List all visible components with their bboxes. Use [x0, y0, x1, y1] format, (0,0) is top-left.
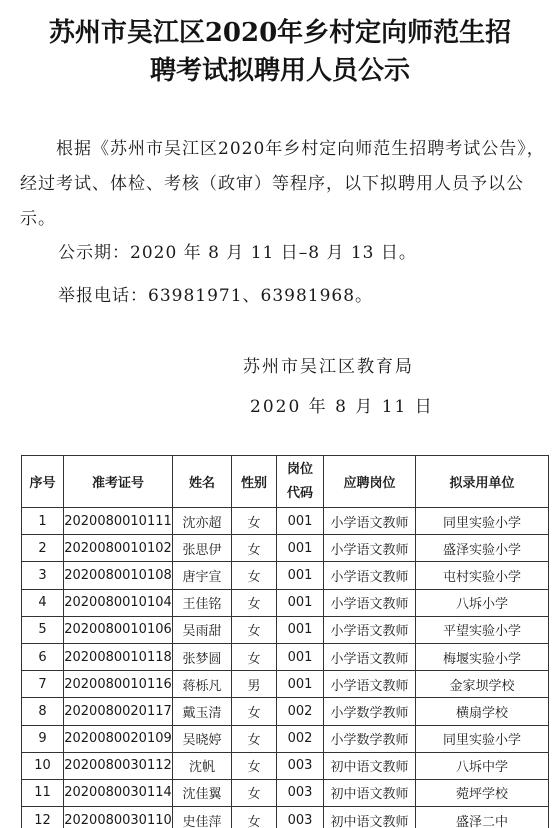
table-row: 3 2020080010108 唐宇宣 女 001 小学语文教师 屯村实验小学 — [22, 562, 549, 589]
header-unit: 拟录用单位 — [416, 456, 549, 508]
cell-post-code: 001 — [277, 589, 324, 616]
cell-seq: 6 — [22, 643, 64, 670]
table-row: 6 2020080010118 张梦圆 女 001 小学语文教师 梅堰实验小学 — [22, 643, 549, 670]
table-row: 5 2020080010106 吴雨甜 女 001 小学语文教师 平望实验小学 — [22, 616, 549, 643]
cell-unit: 平望实验小学 — [416, 616, 549, 643]
cell-position: 初中语文教师 — [324, 807, 416, 828]
cell-seq: 1 — [22, 508, 64, 535]
cell-seq: 10 — [22, 752, 64, 779]
cell-seq: 8 — [22, 698, 64, 725]
cell-position: 小学语文教师 — [324, 562, 416, 589]
cell-seq: 3 — [22, 562, 64, 589]
cell-post-code: 001 — [277, 508, 324, 535]
cell-name: 蒋栎凡 — [173, 671, 232, 698]
cell-name: 王佳铭 — [173, 589, 232, 616]
cell-position: 小学语文教师 — [324, 535, 416, 562]
cell-gender: 女 — [232, 508, 277, 535]
cell-position: 小学语文教师 — [324, 616, 416, 643]
cell-seq: 4 — [22, 589, 64, 616]
header-exam-id: 准考证号 — [64, 456, 173, 508]
cell-name: 沈佳翼 — [173, 779, 232, 806]
cell-exam-id: 2020080010104 — [64, 589, 173, 616]
cell-post-code: 002 — [277, 698, 324, 725]
cell-unit: 八坼小学 — [416, 589, 549, 616]
cell-position: 小学数学教师 — [324, 698, 416, 725]
cell-unit: 八坼中学 — [416, 752, 549, 779]
cell-unit: 梅堰实验小学 — [416, 643, 549, 670]
cell-exam-id: 2020080010102 — [64, 535, 173, 562]
cell-gender: 女 — [232, 807, 277, 828]
cell-position: 小学语文教师 — [324, 643, 416, 670]
cell-position: 初中语文教师 — [324, 779, 416, 806]
header-seq: 序号 — [22, 456, 64, 508]
header-post-code-line1: 岗位 — [277, 458, 323, 482]
cell-name: 吴晓婷 — [173, 725, 232, 752]
header-post-code-line2: 代码 — [277, 482, 323, 506]
table-row: 10 2020080030112 沈帆 女 003 初中语文教师 八坼中学 — [22, 752, 549, 779]
issue-date: 2020 年 8 月 11 日 — [250, 392, 434, 417]
cell-gender: 女 — [232, 779, 277, 806]
cell-unit: 盛泽二中 — [416, 807, 549, 828]
cell-exam-id: 2020080030112 — [64, 752, 173, 779]
table-row: 9 2020080020109 吴晓婷 女 002 小学数学教师 同里实验小学 — [22, 725, 549, 752]
cell-name: 沈帆 — [173, 752, 232, 779]
table-header-row: 序号 准考证号 姓名 性别 岗位 代码 应聘岗位 拟录用单位 — [22, 456, 549, 508]
cell-seq: 7 — [22, 671, 64, 698]
table-row: 1 2020080010111 沈亦超 女 001 小学语文教师 同里实验小学 — [22, 508, 549, 535]
cell-post-code: 001 — [277, 616, 324, 643]
cell-name: 戴玉清 — [173, 698, 232, 725]
cell-exam-id: 2020080010108 — [64, 562, 173, 589]
cell-name: 张梦圆 — [173, 643, 232, 670]
body-paragraph: 根据《苏州市吴江区2020年乡村定向师范生招聘考试公告》，经过考试、体检、考核（… — [20, 132, 545, 237]
cell-post-code: 001 — [277, 671, 324, 698]
cell-post-code: 001 — [277, 562, 324, 589]
table-row: 4 2020080010104 王佳铭 女 001 小学语文教师 八坼小学 — [22, 589, 549, 616]
cell-name: 吴雨甜 — [173, 616, 232, 643]
cell-seq: 2 — [22, 535, 64, 562]
cell-post-code: 003 — [277, 752, 324, 779]
cell-post-code: 003 — [277, 779, 324, 806]
cell-seq: 11 — [22, 779, 64, 806]
cell-exam-id: 2020080030110 — [64, 807, 173, 828]
cell-exam-id: 2020080010116 — [64, 671, 173, 698]
table-row: 11 2020080030114 沈佳翼 女 003 初中语文教师 菀坪学校 — [22, 779, 549, 806]
cell-gender: 女 — [232, 698, 277, 725]
cell-position: 小学语文教师 — [324, 671, 416, 698]
cell-gender: 女 — [232, 589, 277, 616]
header-name: 姓名 — [173, 456, 232, 508]
cell-unit: 同里实验小学 — [416, 508, 549, 535]
table-row: 8 2020080020117 戴玉清 女 002 小学数学教师 横扇学校 — [22, 698, 549, 725]
header-gender: 性别 — [232, 456, 277, 508]
document-title-line1: 苏州市吴江区2020年乡村定向师范生招 — [0, 12, 560, 49]
cell-unit: 同里实验小学 — [416, 725, 549, 752]
cell-position: 初中语文教师 — [324, 752, 416, 779]
cell-gender: 女 — [232, 535, 277, 562]
cell-exam-id: 2020080010106 — [64, 616, 173, 643]
cell-exam-id: 2020080010118 — [64, 643, 173, 670]
cell-exam-id: 2020080030114 — [64, 779, 173, 806]
cell-name: 张思伊 — [173, 535, 232, 562]
header-post-code: 岗位 代码 — [277, 456, 324, 508]
cell-name: 沈亦超 — [173, 508, 232, 535]
cell-gender: 女 — [232, 562, 277, 589]
table-row: 7 2020080010116 蒋栎凡 男 001 小学语文教师 金家坝学校 — [22, 671, 549, 698]
publicity-period: 公示期：2020 年 8 月 11 日–8 月 13 日。 — [58, 238, 560, 263]
issuer-signature: 苏州市吴江区教育局 — [243, 352, 414, 377]
cell-name: 史佳萍 — [173, 807, 232, 828]
table-row: 12 2020080030110 史佳萍 女 003 初中语文教师 盛泽二中 — [22, 807, 549, 828]
cell-unit: 菀坪学校 — [416, 779, 549, 806]
cell-post-code: 001 — [277, 535, 324, 562]
cell-gender: 男 — [232, 671, 277, 698]
document-title-line2: 聘考试拟聘用人员公示 — [0, 50, 560, 87]
cell-gender: 女 — [232, 725, 277, 752]
cell-position: 小学数学教师 — [324, 725, 416, 752]
cell-gender: 女 — [232, 752, 277, 779]
cell-gender: 女 — [232, 616, 277, 643]
hiring-roster-table: 序号 准考证号 姓名 性别 岗位 代码 应聘岗位 拟录用单位 1 2020080… — [21, 455, 549, 828]
header-position: 应聘岗位 — [324, 456, 416, 508]
cell-gender: 女 — [232, 643, 277, 670]
cell-post-code: 002 — [277, 725, 324, 752]
table-row: 2 2020080010102 张思伊 女 001 小学语文教师 盛泽实验小学 — [22, 535, 549, 562]
cell-unit: 盛泽实验小学 — [416, 535, 549, 562]
cell-unit: 横扇学校 — [416, 698, 549, 725]
cell-seq: 5 — [22, 616, 64, 643]
cell-position: 小学语文教师 — [324, 508, 416, 535]
report-phone: 举报电话：63981971、63981968。 — [58, 281, 560, 306]
cell-unit: 屯村实验小学 — [416, 562, 549, 589]
cell-seq: 9 — [22, 725, 64, 752]
cell-post-code: 003 — [277, 807, 324, 828]
cell-name: 唐宇宣 — [173, 562, 232, 589]
cell-exam-id: 2020080010111 — [64, 508, 173, 535]
cell-exam-id: 2020080020117 — [64, 698, 173, 725]
cell-post-code: 001 — [277, 643, 324, 670]
cell-seq: 12 — [22, 807, 64, 828]
cell-position: 小学语文教师 — [324, 589, 416, 616]
cell-exam-id: 2020080020109 — [64, 725, 173, 752]
cell-unit: 金家坝学校 — [416, 671, 549, 698]
